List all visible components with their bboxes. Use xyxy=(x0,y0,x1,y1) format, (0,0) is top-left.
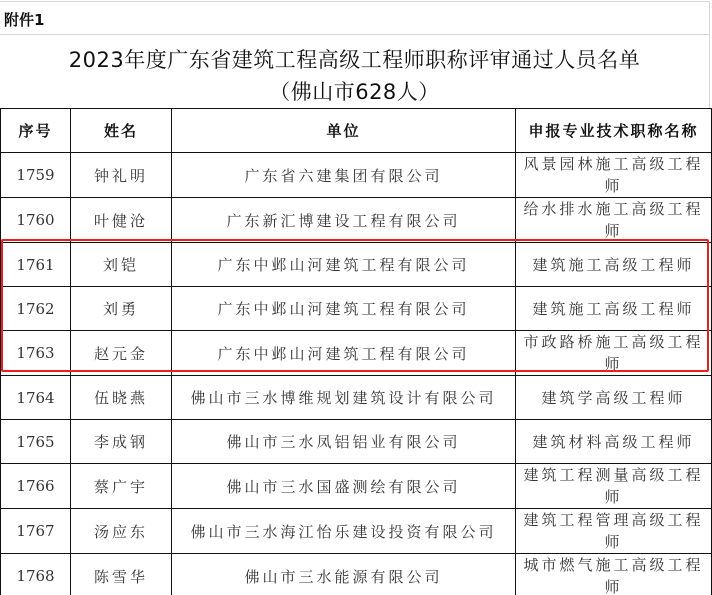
cell-unit: 佛山市三水能源有限公司 xyxy=(172,554,516,595)
cell-unit: 佛山市三水凤铝铝业有限公司 xyxy=(172,420,516,464)
cell-seq: 1761 xyxy=(1,243,71,287)
table-row: 1762 刘勇 广东中邺山河建筑工程有限公司 建筑施工高级工程师 xyxy=(1,287,712,331)
cell-seq: 1768 xyxy=(1,554,71,595)
cell-name: 陈雪华 xyxy=(71,554,172,595)
cell-unit: 佛山市三水海江怡乐建设投资有限公司 xyxy=(172,509,516,554)
cell-name: 叶健沧 xyxy=(71,198,172,243)
table-row: 1767 汤应东 佛山市三水海江怡乐建设投资有限公司 建筑工程管理高级工程师 xyxy=(1,509,712,554)
cell-unit: 广东省六建集团有限公司 xyxy=(172,153,516,198)
cell-name: 伍晓燕 xyxy=(71,376,172,420)
cell-title: 建筑工程管理高级工程师 xyxy=(516,509,712,554)
cell-name: 刘勇 xyxy=(71,287,172,331)
page-title: 2023年度广东省建筑工程高级工程师职称评审通过人员名单 xyxy=(0,44,709,74)
cell-unit: 佛山市三水国盛测绘有限公司 xyxy=(172,464,516,509)
cell-unit: 广东中邺山河建筑工程有限公司 xyxy=(172,243,516,287)
cell-title: 建筑学高级工程师 xyxy=(516,376,712,420)
page-subtitle: （佛山市628人） xyxy=(0,76,709,106)
table-header-row: 序号 姓名 单位 申报专业技术职称名称 xyxy=(1,109,712,153)
cell-seq: 1766 xyxy=(1,464,71,509)
cell-title: 建筑施工高级工程师 xyxy=(516,243,712,287)
table-row: 1765 李成钢 佛山市三水凤铝铝业有限公司 建筑材料高级工程师 xyxy=(1,420,712,464)
table-row: 1761 刘铠 广东中邺山河建筑工程有限公司 建筑施工高级工程师 xyxy=(1,243,712,287)
cell-name: 刘铠 xyxy=(71,243,172,287)
cell-seq: 1765 xyxy=(1,420,71,464)
attachment-label: 附件1 xyxy=(4,9,44,30)
roster-table: 序号 姓名 单位 申报专业技术职称名称 1759 钟礼明 广东省六建集团有限公司… xyxy=(0,108,712,595)
header-name: 姓名 xyxy=(71,109,172,153)
cell-seq: 1764 xyxy=(1,376,71,420)
cell-title: 市政路桥施工高级工程师 xyxy=(516,331,712,376)
cell-name: 李成钢 xyxy=(71,420,172,464)
cell-unit: 广东新汇博建设工程有限公司 xyxy=(172,198,516,243)
header-title: 申报专业技术职称名称 xyxy=(516,109,712,153)
table-row: 1759 钟礼明 广东省六建集团有限公司 风景园林施工高级工程师 xyxy=(1,153,712,198)
cell-seq: 1760 xyxy=(1,198,71,243)
table-row: 1766 蔡广宇 佛山市三水国盛测绘有限公司 建筑工程测量高级工程师 xyxy=(1,464,712,509)
cell-seq: 1763 xyxy=(1,331,71,376)
cell-unit: 佛山市三水博维规划建筑设计有限公司 xyxy=(172,376,516,420)
cell-title: 建筑施工高级工程师 xyxy=(516,287,712,331)
cell-title: 建筑工程测量高级工程师 xyxy=(516,464,712,509)
cell-name: 蔡广宇 xyxy=(71,464,172,509)
cell-title: 建筑材料高级工程师 xyxy=(516,420,712,464)
header-unit: 单位 xyxy=(172,109,516,153)
cell-name: 赵元金 xyxy=(71,331,172,376)
title-block: 2023年度广东省建筑工程高级工程师职称评审通过人员名单 （佛山市628人） xyxy=(0,35,710,108)
attachment-row: 附件1 xyxy=(0,1,710,35)
document-sheet: 附件1 2023年度广东省建筑工程高级工程师职称评审通过人员名单 （佛山市628… xyxy=(0,0,712,595)
cell-unit: 广东中邺山河建筑工程有限公司 xyxy=(172,331,516,376)
table-row: 1760 叶健沧 广东新汇博建设工程有限公司 给水排水施工高级工程师 xyxy=(1,198,712,243)
header-seq: 序号 xyxy=(1,109,71,153)
cell-seq: 1767 xyxy=(1,509,71,554)
cell-name: 汤应东 xyxy=(71,509,172,554)
cell-title: 风景园林施工高级工程师 xyxy=(516,153,712,198)
cell-name: 钟礼明 xyxy=(71,153,172,198)
table-row: 1768 陈雪华 佛山市三水能源有限公司 城市燃气施工高级工程师 xyxy=(1,554,712,595)
cell-title: 给水排水施工高级工程师 xyxy=(516,198,712,243)
table-row: 1763 赵元金 广东中邺山河建筑工程有限公司 市政路桥施工高级工程师 xyxy=(1,331,712,376)
table-row: 1764 伍晓燕 佛山市三水博维规划建筑设计有限公司 建筑学高级工程师 xyxy=(1,376,712,420)
cell-seq: 1759 xyxy=(1,153,71,198)
cell-unit: 广东中邺山河建筑工程有限公司 xyxy=(172,287,516,331)
cell-title: 城市燃气施工高级工程师 xyxy=(516,554,712,595)
cell-seq: 1762 xyxy=(1,287,71,331)
